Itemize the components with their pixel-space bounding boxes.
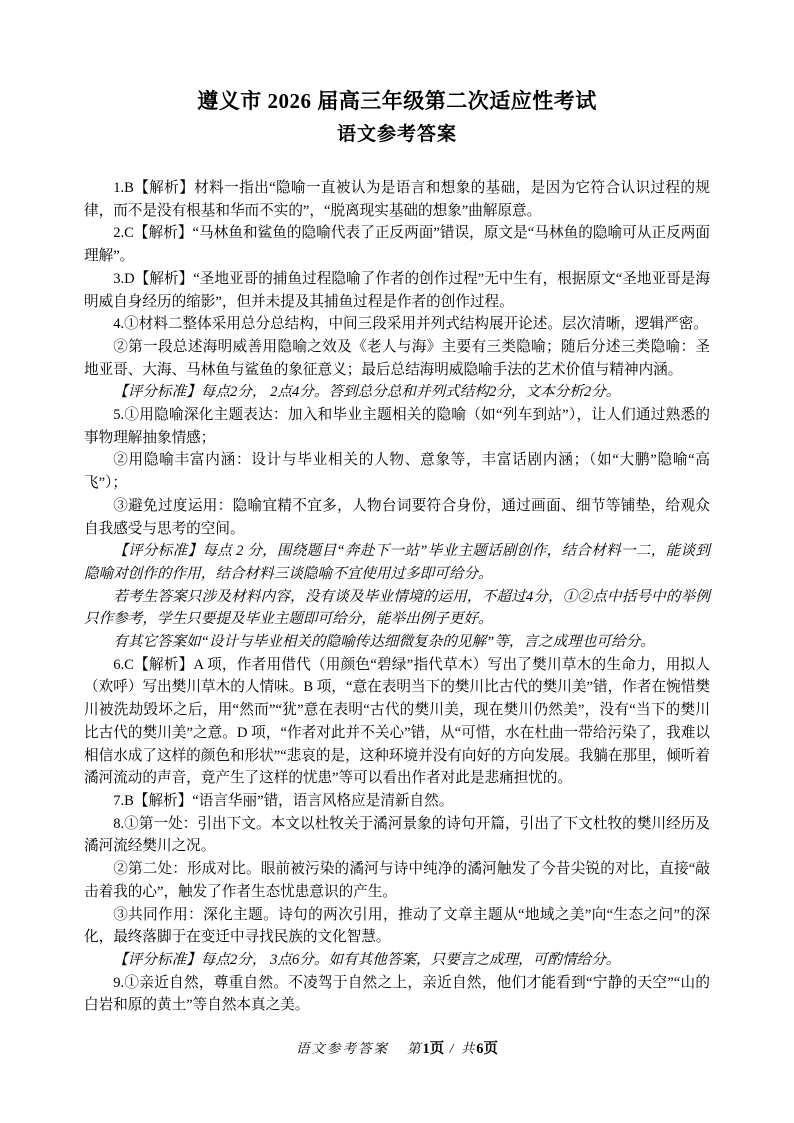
answer-paragraph: ②第一段总述海明威善用隐喻之效及《老人与海》主要有三类隐喻；随后分述三类隐喻：圣… <box>84 336 710 381</box>
document-header: 遵义市 2026 届高三年级第二次适应性考试 语文参考答案 <box>0 0 794 149</box>
answer-paragraph: ②第二处：形成对比。眼前被污染的潏河与诗中纯净的潏河触发了今昔尖锐的对比，直接“… <box>84 858 710 903</box>
page-footer: 语文参考答案第1页 / 共6页 <box>0 1037 794 1058</box>
answer-paragraph: 【评分标准】每点2分， 3点6分。如有其他答案，只要言之成理，可酌情给分。 <box>84 949 710 972</box>
footer-page-number: 1页 <box>422 1041 444 1057</box>
document-title: 遵义市 2026 届高三年级第二次适应性考试 <box>0 86 794 116</box>
answer-paragraph: 2.C【解析】“马林鱼和鲨鱼的隐喻代表了正反两面”错误，原文是“马林鱼的隐喻可从… <box>84 222 710 267</box>
answer-paragraph: ③共同作用：深化主题。诗句的两次引用，推动了文章主题从“地域之美”向“生态之问”… <box>84 904 710 949</box>
document-subtitle: 语文参考答案 <box>0 121 794 149</box>
answer-paragraph: 6.C【解析】A 项，作者用借代（用颜色“碧绿”指代草木）写出了樊川草木的生命力… <box>84 654 710 790</box>
answer-paragraph: 若考生答案只涉及材料内容，没有谈及毕业情境的运用，不超过4分，①②点中括号中的举… <box>84 586 710 631</box>
answer-paragraph: 【评分标准】每点2分， 2点4分。答到总分总和并列式结构2分，文本分析2分。 <box>84 381 710 404</box>
answer-paragraph: 9.①亲近自然，尊重自然。不凌驾于自然之上，亲近自然，他们才能看到“宁静的天空”… <box>84 972 710 1017</box>
answer-paragraph: 7.B【解析】“语言华丽”错，语言风格应是清新自然。 <box>84 790 710 813</box>
answer-paragraph: 8.①第一处：引出下文。本文以杜牧关于潏河景象的诗句开篇，引出了下文杜牧的樊川经… <box>84 813 710 858</box>
answer-paragraph: 4.①材料二整体采用总分总结构，中间三段采用并列式结构展开论述。层次清晰，逻辑严… <box>84 313 710 336</box>
footer-total-word: 共 <box>461 1041 477 1056</box>
answer-paragraph: 3.D【解析】“圣地亚哥的捕鱼过程隐喻了作者的创作过程”无中生有，根据原文“圣地… <box>84 268 710 313</box>
answer-paragraph: ②用隐喻丰富内涵：设计与毕业相关的人物、意象等，丰富话剧内涵；（如“大鹏”隐喻“… <box>84 449 710 494</box>
answer-paragraph: 1.B【解析】材料一指出“隐喻一直被认为是语言和想象的基础，是因为它符合认识过程… <box>84 177 710 222</box>
answer-key-page: 遵义市 2026 届高三年级第二次适应性考试 语文参考答案 1.B【解析】材料一… <box>0 0 794 1123</box>
answer-paragraph: 有其它答案如“设计与毕业相关的隐喻传达细微复杂的见解”等，言之成理也可给分。 <box>84 631 710 654</box>
answer-paragraph: ③避免过度运用：隐喻宜精不宜多，人物台词要符合身份，通过画面、细节等铺垫，给观众… <box>84 495 710 540</box>
footer-page-word: 第 <box>407 1041 423 1056</box>
answer-paragraph: 5.①用隐喻深化主题表达：加入和毕业主题相关的隐喻（如“列车到站”），让人们通过… <box>84 404 710 449</box>
answers-body: 1.B【解析】材料一指出“隐喻一直被认为是语言和想象的基础，是因为它符合认识过程… <box>84 177 710 1017</box>
footer-slash: / <box>444 1041 461 1056</box>
answer-paragraph: 【评分标准】每点 2 分，围绕题目“奔赴下一站”毕业主题话剧创作，结合材料一二，… <box>84 540 710 585</box>
footer-total-number: 6页 <box>476 1041 498 1057</box>
footer-doc-label: 语文参考答案 <box>296 1041 389 1056</box>
